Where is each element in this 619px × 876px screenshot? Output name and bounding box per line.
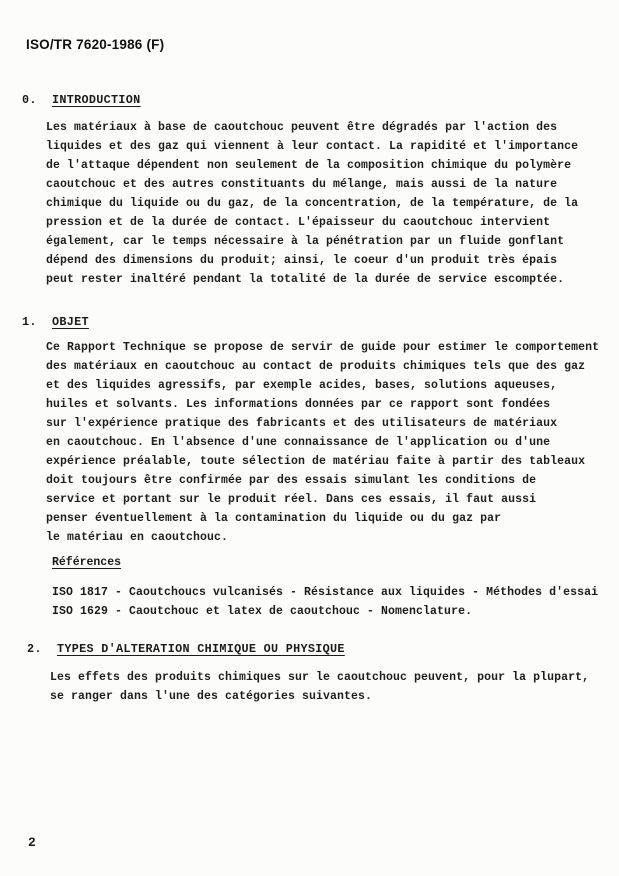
section-heading-types: 2.TYPES D'ALTERATION CHIMIQUE OU PHYSIQU… [27, 642, 345, 656]
section-body-types: Les effets des produits chimiques sur le… [50, 668, 589, 706]
section-body-introduction: Les matériaux à base de caoutchouc peuve… [46, 118, 578, 289]
document-reference: ISO/TR 7620-1986 (F) [26, 37, 164, 52]
section-number: 0. [22, 93, 52, 107]
page-number: 2 [28, 835, 36, 850]
section-title: INTRODUCTION [52, 93, 141, 107]
section-title: TYPES D'ALTERATION CHIMIQUE OU PHYSIQUE [57, 642, 345, 656]
section-number: 1. [22, 315, 52, 329]
references-heading: Références [52, 556, 121, 569]
section-heading-introduction: 0.INTRODUCTION [22, 93, 141, 107]
section-number: 2. [27, 642, 57, 656]
reference-item: ISO 1629 - Caoutchouc et latex de caoutc… [52, 605, 472, 618]
section-heading-objet: 1.OBJET [22, 315, 89, 329]
reference-item: ISO 1817 - Caoutchoucs vulcanisés - Rési… [52, 586, 598, 599]
section-body-objet: Ce Rapport Technique se propose de servi… [46, 338, 599, 547]
document-page: ISO/TR 7620-1986 (F) 0.INTRODUCTION Les … [0, 0, 619, 876]
section-title: OBJET [52, 315, 89, 329]
